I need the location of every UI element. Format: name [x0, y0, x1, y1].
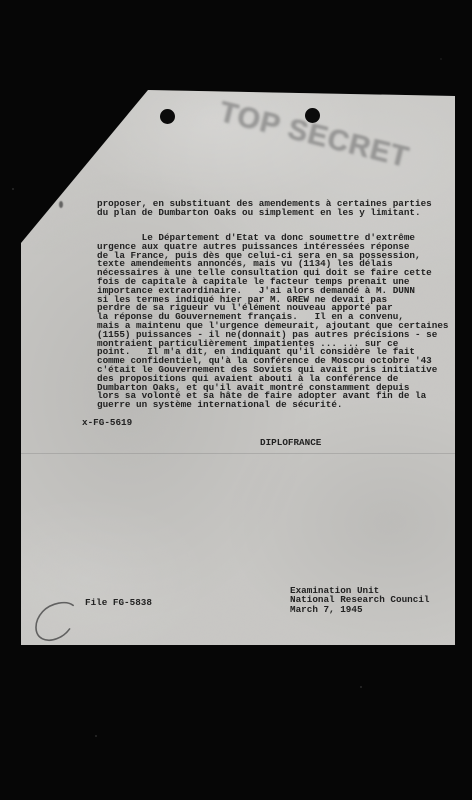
film-dust-speck [440, 58, 442, 60]
handwritten-c-mark [29, 600, 91, 648]
examination-unit-block: Examination Unit National Research Counc… [290, 586, 429, 614]
body-paragraph-2: Le Département d'Etat va donc soumettre … [97, 234, 448, 410]
file-number: File FG-5838 [85, 599, 152, 608]
ink-smudge [59, 201, 63, 208]
fold-line [21, 453, 455, 454]
punch-hole-left [160, 109, 175, 124]
microfilm-frame: TOP SECRET proposer, en substituant des … [0, 0, 472, 800]
body-paragraph-1: proposer, en substituant des amendements… [97, 200, 432, 218]
film-dust-speck [360, 686, 362, 688]
film-dust-speck [95, 735, 97, 737]
cable-signature: DIPLOFRANCE [260, 439, 321, 448]
reference-number: x-FG-5619 [82, 419, 132, 428]
film-dust-speck [12, 188, 14, 190]
top-secret-stamp: TOP SECRET [216, 96, 472, 201]
document-page: TOP SECRET proposer, en substituant des … [21, 88, 455, 645]
